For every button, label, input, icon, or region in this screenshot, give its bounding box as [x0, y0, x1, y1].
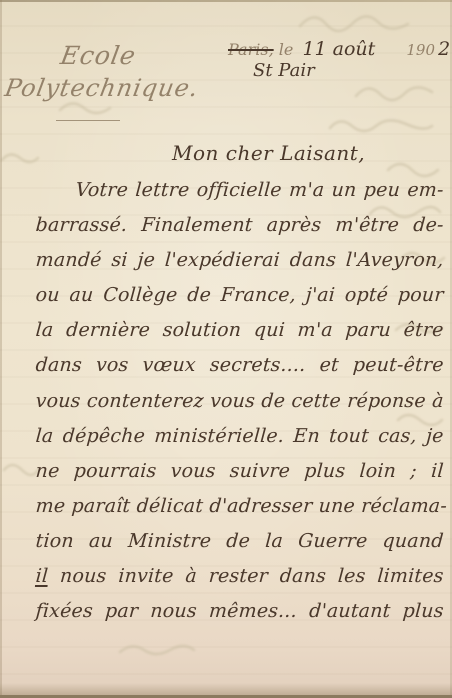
dateline: Paris, le 11 août 190 2 — [228, 38, 446, 60]
handwritten-line: barrassé. Finalement après m'être de- — [34, 214, 444, 249]
handwritten-line: tion au Ministre de la Guerre quand — [34, 530, 444, 565]
letterhead-rule — [56, 120, 120, 121]
printed-place-strikethrough: Paris, — [228, 40, 274, 59]
paper-edge-shadow — [0, 683, 452, 695]
printed-year: 190 — [406, 41, 435, 59]
handwritten-line: dans vos vœux secrets.... et peut-être — [34, 354, 444, 389]
handwritten-date: 11 août — [302, 38, 375, 60]
handwritten-line: vous contenterez vous de cette réponse à — [34, 390, 444, 425]
corrected-place: St Pair — [253, 60, 315, 81]
handwritten-line: il nous invite à rester dans les limites — [34, 565, 444, 600]
letterhead-line1: Ecole — [8, 42, 188, 70]
handwritten-line: ne pourrais vous suivre plus loin ; il — [34, 460, 444, 495]
handwritten-line: la dernière solution qui m'a paru être — [34, 319, 444, 354]
letter-body: Votre lettre officielle m'a un peu em-ba… — [34, 179, 442, 635]
paper-edge-top — [0, 0, 452, 2]
handwritten-line: ou au Collège de France, j'ai opté pour — [34, 284, 444, 319]
letterhead: Ecole Polytechnique. — [3, 42, 189, 102]
handwritten-year-digit: 2 — [438, 38, 450, 60]
salutation: Mon cher Laisant, — [172, 141, 365, 165]
printed-le: le — [279, 40, 294, 59]
letterhead-line2: Polytechnique. — [3, 74, 183, 102]
letter-page: Ecole Polytechnique. Paris, le 11 août 1… — [0, 0, 452, 698]
handwritten-line: me paraît délicat d'adresser une réclama… — [34, 495, 444, 530]
handwritten-line: Votre lettre officielle m'a un peu em- — [34, 179, 444, 214]
handwritten-line: fixées par nous mêmes... d'autant plus — [34, 600, 444, 635]
underlined-word: il — [35, 565, 49, 587]
handwritten-line: mandé si je l'expédierai dans l'Aveyron, — [34, 249, 444, 284]
handwritten-line: la dépêche ministérielle. En tout cas, j… — [34, 425, 444, 460]
paper-edge-left — [0, 0, 2, 698]
